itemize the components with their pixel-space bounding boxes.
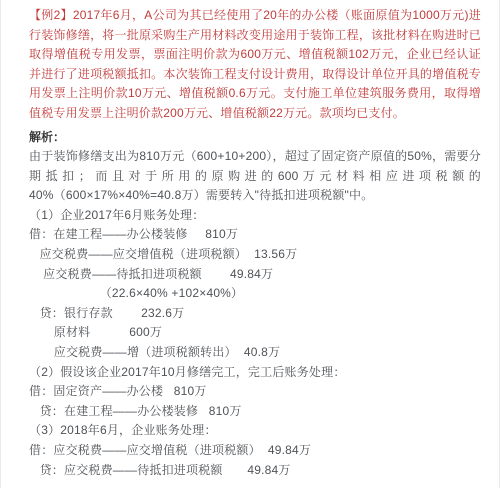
entry-line: 贷：应交税费——待抵扣进项税额 49.84万 [29,461,481,481]
journal-entries: （1）企业2017年6月账务处理：借：在建工程——办公楼装修 810万 应交税费… [29,206,481,480]
analysis-paragraph: 由于装饰修缮支出为810万元（600+10+200），超过了固定资产原值的50%… [29,147,481,206]
entry-line: （22.6×40% +102×40%） [29,284,481,304]
entry-line: 贷：在建工程——办公楼装修 810万 [29,402,481,422]
entry-line: （3）2018年6月，企业账务处理： [29,421,481,441]
analysis-heading: 解析： [29,127,481,147]
entry-line: 借：固定资产——办公楼 810万 [29,382,481,402]
entry-line: 贷：银行存款 232.6万 [29,304,481,324]
entry-line: 应交税费——增（进项税额转出） 40.8万 [29,343,481,363]
example-paragraph: 【例2】2017年6月，A公司为其已经使用了20年的办公楼（账面原值为1000万… [29,6,481,123]
entry-line: 应交税费——待抵扣进项税额 49.84万 [29,265,481,285]
entry-line: 应交税费——应交增值税（进项税额） 13.56万 [29,245,481,265]
entry-line: 借：在建工程——办公楼装修 810万 [29,225,481,245]
entry-line: （1）企业2017年6月账务处理： [29,206,481,226]
entry-line: 原材料 600万 [29,323,481,343]
article-page: 【例2】2017年6月，A公司为其已经使用了20年的办公楼（账面原值为1000万… [0,0,500,488]
entry-line: （2）假设该企业2017年10月修缮完工，完工后账务处理： [29,363,481,383]
entry-line: 借：应交税费——应交增值税（进项税额） 49.84万 [29,441,481,461]
